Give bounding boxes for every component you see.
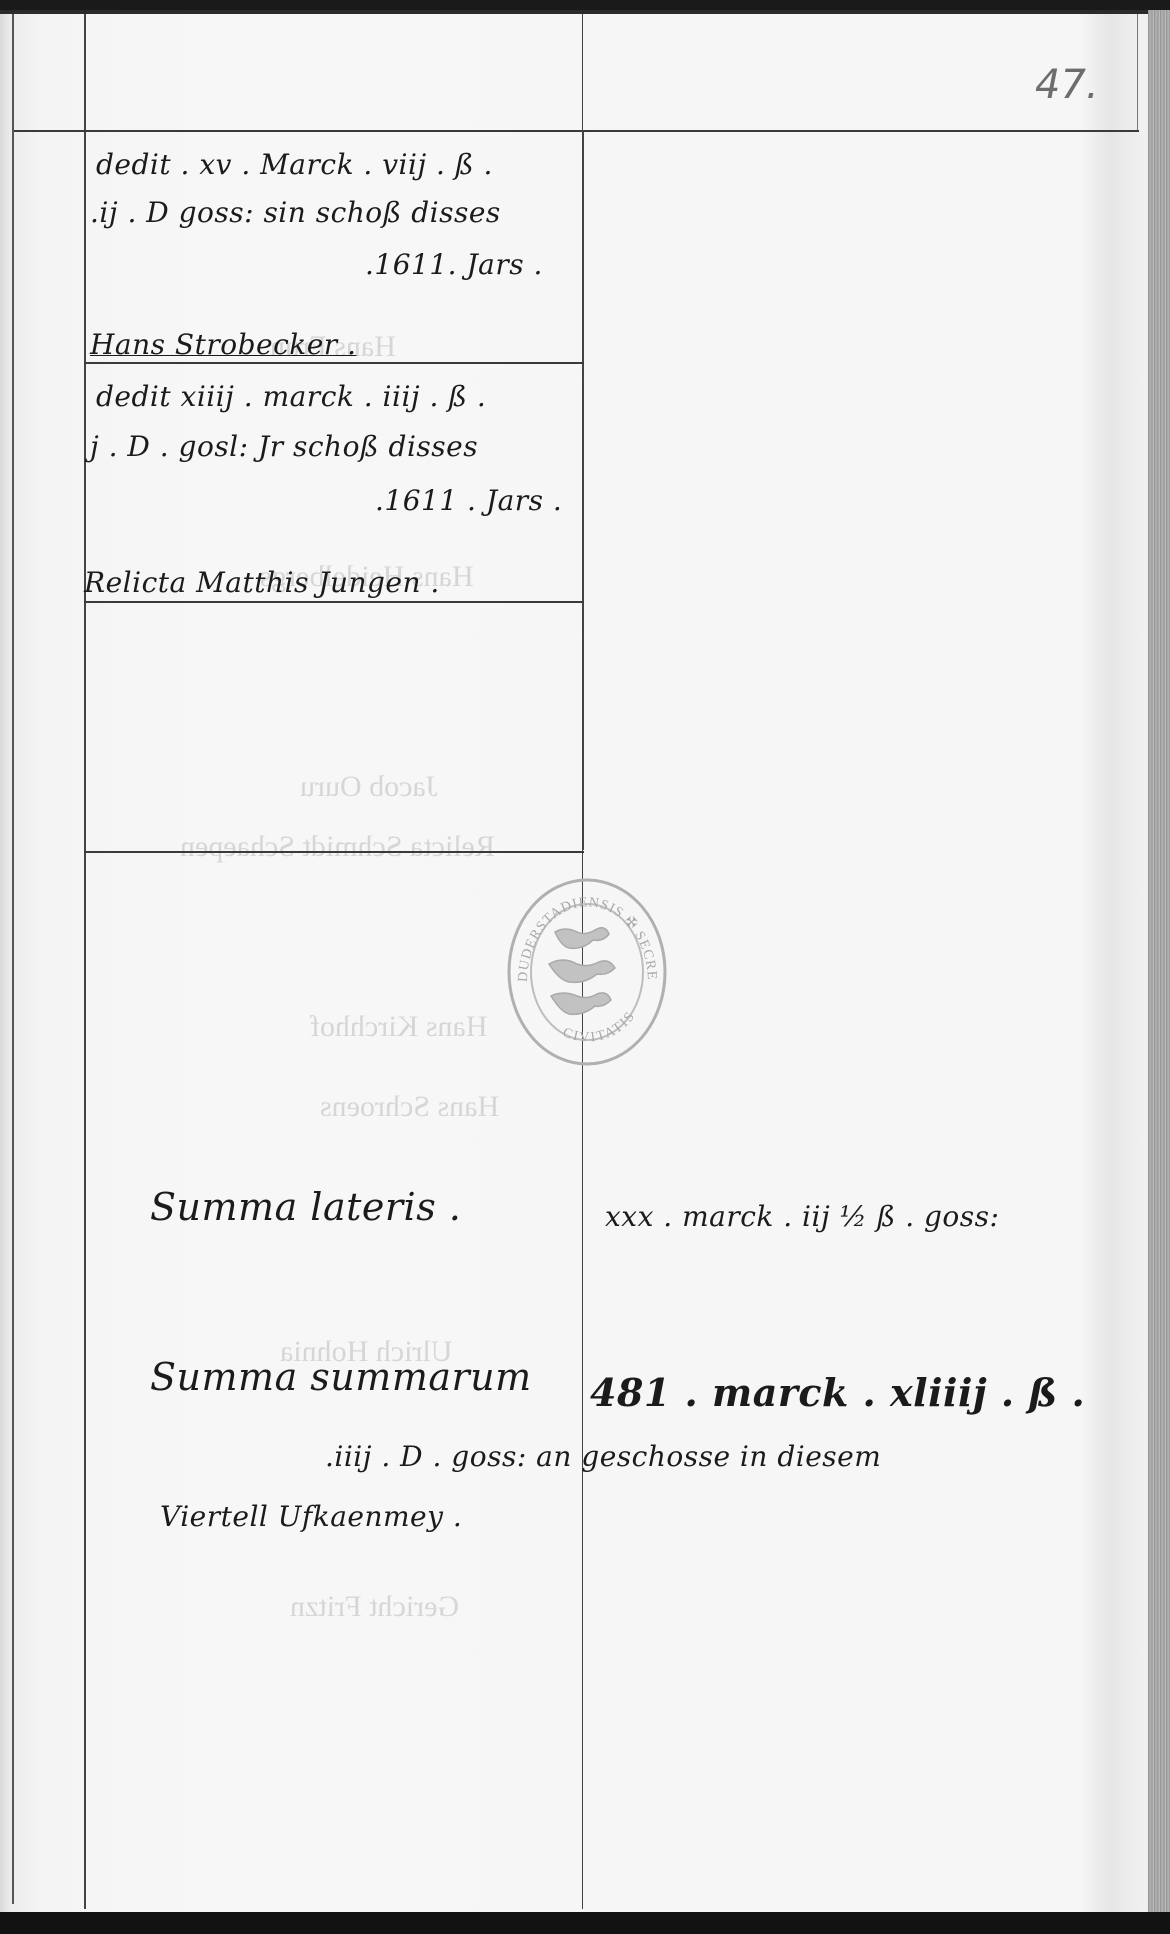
entry-name: Relicta Matthis Jungen . xyxy=(84,566,440,599)
left-margin-rule xyxy=(84,14,86,1909)
book-page-edges xyxy=(1148,10,1170,1914)
summa-summarum-value: 481 . marck . xliiij . ß . xyxy=(590,1370,1085,1415)
bleed-through-text: Gericht Fritzn xyxy=(290,1590,459,1624)
entry-box-bottom-rule xyxy=(84,851,584,853)
entry-line: .1611. Jars . xyxy=(365,248,543,281)
entry-line: .ij . D goss: sin schoß disses xyxy=(90,196,501,229)
summa-summarum-label: Summa summarum xyxy=(150,1355,532,1399)
summa-lateris-label: Summa lateris . xyxy=(150,1185,461,1229)
entry-separator-rule xyxy=(84,362,584,364)
bleed-through-text: Hans Kirchhof xyxy=(310,1010,487,1044)
entry-name: Hans Strobecker . xyxy=(90,328,357,361)
entry-line: dedit xiiij . marck . iiij . ß . xyxy=(96,380,486,413)
right-margin-rule xyxy=(1137,14,1138,132)
entry-line: j . D . gosl: Jr schoß disses xyxy=(90,430,478,463)
summa-lateris-value: xxx . marck . iij ½ ß . goss: xyxy=(605,1200,999,1233)
header-rule xyxy=(14,130,1139,132)
entry-line: .1611 . Jars . xyxy=(375,484,562,517)
lion-emblem-icon xyxy=(549,928,615,1015)
gutter-line xyxy=(12,14,14,1904)
summa-summarum-value-line2: .iiij . D . goss: an geschosse in diesem xyxy=(325,1440,881,1473)
bleed-through-text: Jacob Ouru xyxy=(300,770,437,804)
entry-line: dedit . xv . Marck . viij . ß . xyxy=(96,148,493,181)
bleed-through-text: Relicta Schmidt Schaepen xyxy=(180,830,495,864)
entry-separator-rule xyxy=(84,601,584,603)
page-number: 47. xyxy=(1035,62,1099,108)
bleed-through-text: Hans Schroens xyxy=(320,1090,499,1124)
summa-summarum-value-line3: Viertell Ufkaenmey . xyxy=(160,1500,462,1533)
entry-box-right-rule xyxy=(582,130,584,850)
scan-bottom-border xyxy=(0,1912,1170,1934)
city-seal-stamp: DUDERSTADIENSIS ✠ SECRETUM CIVITATIS xyxy=(505,872,670,1067)
